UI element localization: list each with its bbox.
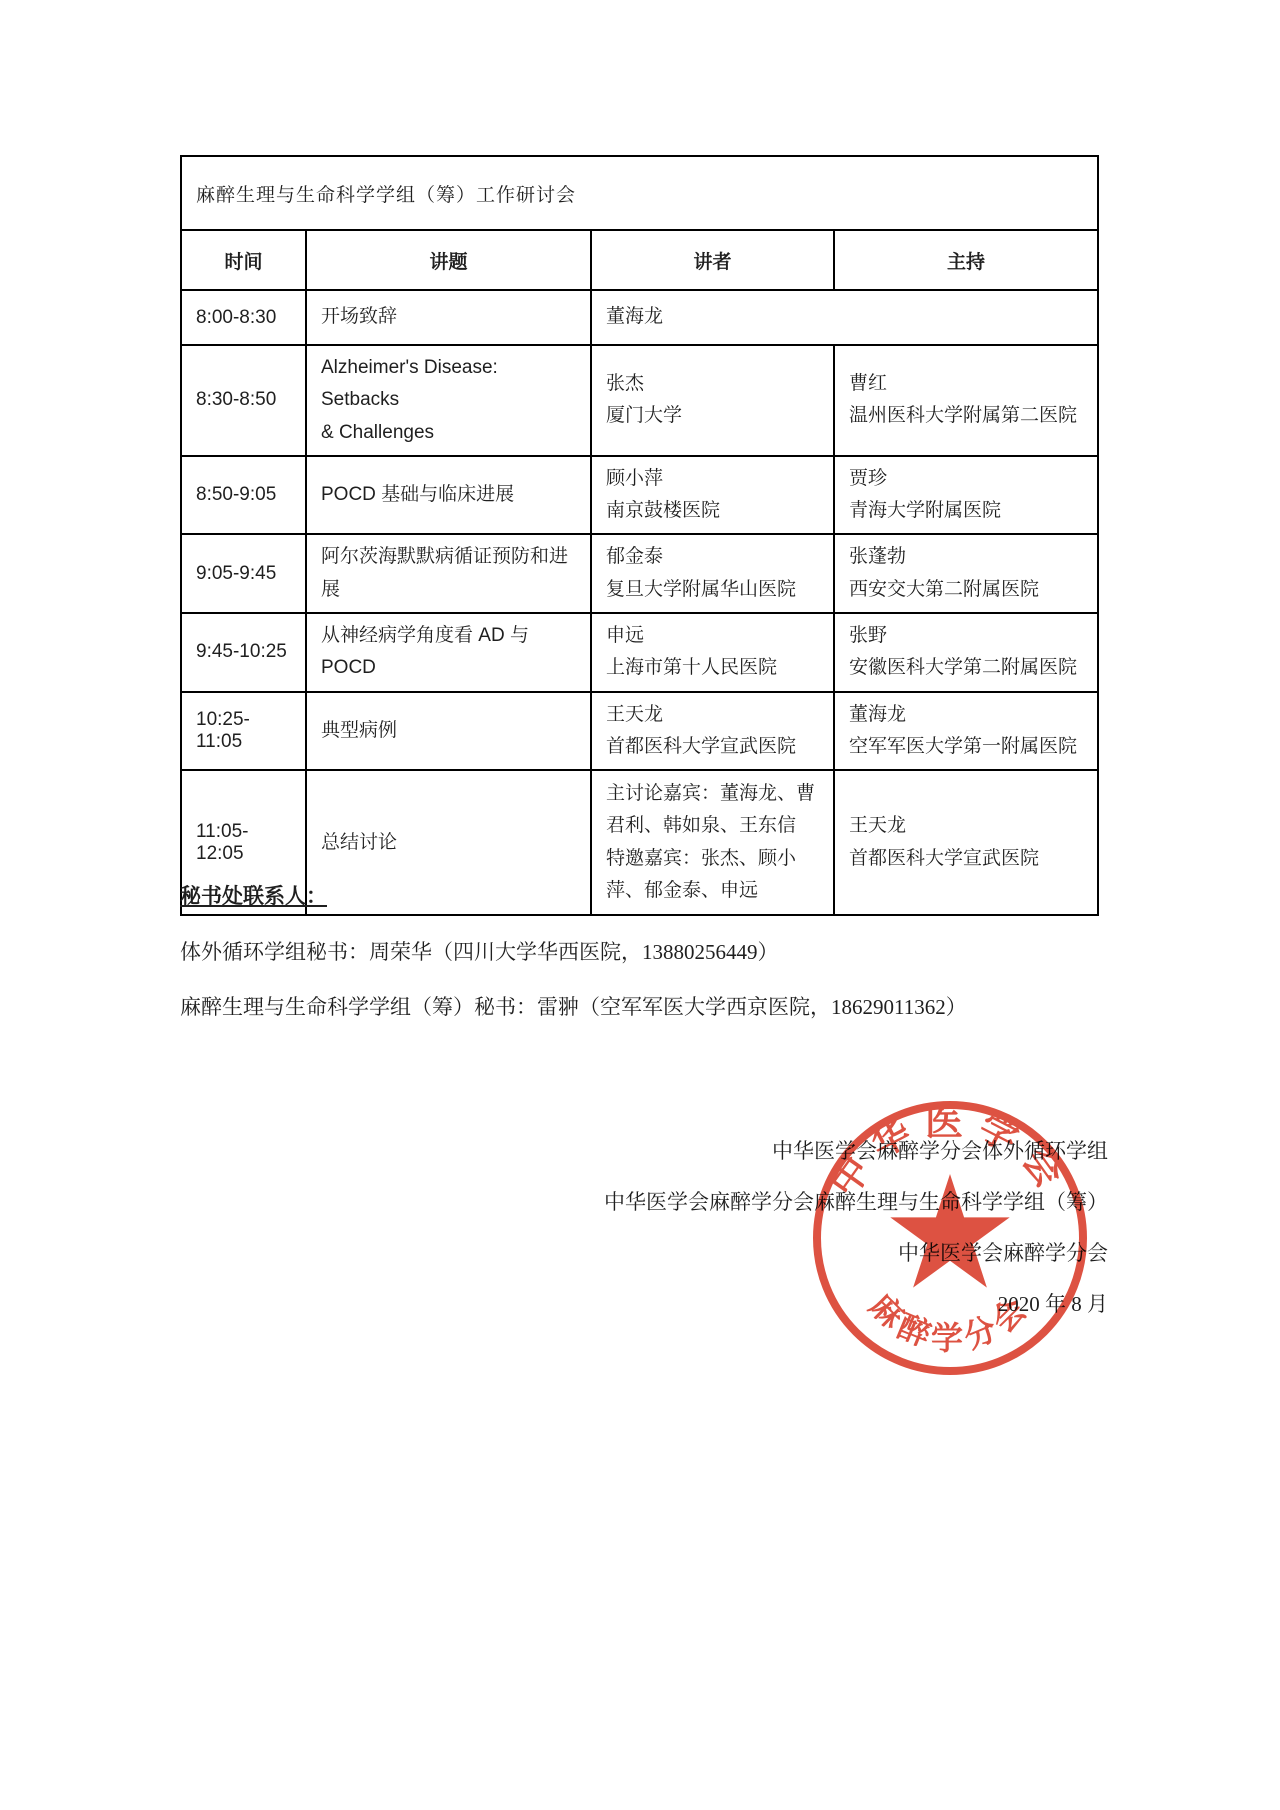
contact-line: 体外循环学组秘书：周荣华（四川大学华西医院，13880256449） bbox=[180, 936, 967, 966]
cell-speaker: 顾小萍 南京鼓楼医院 bbox=[591, 456, 834, 535]
cell-speaker: 郁金泰 复旦大学附属华山医院 bbox=[591, 534, 834, 613]
cell-topic: 典型病例 bbox=[306, 692, 591, 771]
cell-time: 9:45-10:25 bbox=[181, 613, 306, 692]
schedule-table: 麻醉生理与生命科学学组（筹）工作研讨会 时间 讲题 讲者 主持 8:00-8:3… bbox=[180, 155, 1099, 916]
table-row: 8:30-8:50 Alzheimer's Disease: Setbacks … bbox=[181, 345, 1098, 456]
cell-host: 张野 安徽医科大学第二附属医院 bbox=[834, 613, 1098, 692]
contact-line: 麻醉生理与生命科学学组（筹）秘书：雷翀（空军军医大学西京医院，186290113… bbox=[180, 991, 967, 1021]
cell-speaker: 王天龙 首都医科大学宣武医院 bbox=[591, 692, 834, 771]
table-row: 10:25-11:05 典型病例 王天龙 首都医科大学宣武医院 董海龙 空军军医… bbox=[181, 692, 1098, 771]
table-row: 8:50-9:05 POCD 基础与临床进展 顾小萍 南京鼓楼医院 贾珍 青海大… bbox=[181, 456, 1098, 535]
table-title: 麻醉生理与生命科学学组（筹）工作研讨会 bbox=[181, 156, 1098, 230]
cell-topic: Alzheimer's Disease: Setbacks & Challeng… bbox=[306, 345, 591, 456]
cell-speaker: 董海龙 bbox=[591, 290, 1098, 345]
table-title-row: 麻醉生理与生命科学学组（筹）工作研讨会 bbox=[181, 156, 1098, 230]
cell-time: 8:00-8:30 bbox=[181, 290, 306, 345]
signature-line: 中华医学会麻醉学分会麻醉生理与生命科学学组（筹） bbox=[604, 1177, 1108, 1228]
signature-line: 中华医学会麻醉学分会 bbox=[604, 1228, 1108, 1279]
cell-time: 10:25-11:05 bbox=[181, 692, 306, 771]
cell-host: 贾珍 青海大学附属医院 bbox=[834, 456, 1098, 535]
column-header-time: 时间 bbox=[181, 230, 306, 290]
table-row: 9:45-10:25 从神经病学角度看 AD 与 POCD 申远 上海市第十人民… bbox=[181, 613, 1098, 692]
table-row: 9:05-9:45 阿尔茨海默默病循证预防和进展 郁金泰 复旦大学附属华山医院 … bbox=[181, 534, 1098, 613]
cell-host: 曹红 温州医科大学附属第二医院 bbox=[834, 345, 1098, 456]
contacts-heading: 秘书处联系人： bbox=[180, 880, 967, 910]
cell-host: 张蓬勃 西安交大第二附属医院 bbox=[834, 534, 1098, 613]
cell-topic: 开场致辞 bbox=[306, 290, 591, 345]
cell-speaker: 张杰 厦门大学 bbox=[591, 345, 834, 456]
cell-host: 董海龙 空军军医大学第一附属医院 bbox=[834, 692, 1098, 771]
secretariat-contacts: 秘书处联系人： 体外循环学组秘书：周荣华（四川大学华西医院，1388025644… bbox=[180, 880, 967, 1046]
table-row: 8:00-8:30 开场致辞 董海龙 bbox=[181, 290, 1098, 345]
column-header-host: 主持 bbox=[834, 230, 1098, 290]
cell-time: 9:05-9:45 bbox=[181, 534, 306, 613]
table-header-row: 时间 讲题 讲者 主持 bbox=[181, 230, 1098, 290]
column-header-speaker: 讲者 bbox=[591, 230, 834, 290]
cell-topic: 从神经病学角度看 AD 与 POCD bbox=[306, 613, 591, 692]
cell-time: 8:50-9:05 bbox=[181, 456, 306, 535]
cell-topic: POCD 基础与临床进展 bbox=[306, 456, 591, 535]
signature-block: 中华医学会麻醉学分会体外循环学组 中华医学会麻醉学分会麻醉生理与生命科学学组（筹… bbox=[604, 1126, 1108, 1330]
cell-time: 8:30-8:50 bbox=[181, 345, 306, 456]
cell-speaker: 申远 上海市第十人民医院 bbox=[591, 613, 834, 692]
document-page: 麻醉生理与生命科学学组（筹）工作研讨会 时间 讲题 讲者 主持 8:00-8:3… bbox=[0, 0, 1280, 1810]
column-header-topic: 讲题 bbox=[306, 230, 591, 290]
cell-topic: 阿尔茨海默默病循证预防和进展 bbox=[306, 534, 591, 613]
signature-date: 2020 年 8 月 bbox=[604, 1279, 1108, 1330]
signature-line: 中华医学会麻醉学分会体外循环学组 bbox=[604, 1126, 1108, 1177]
